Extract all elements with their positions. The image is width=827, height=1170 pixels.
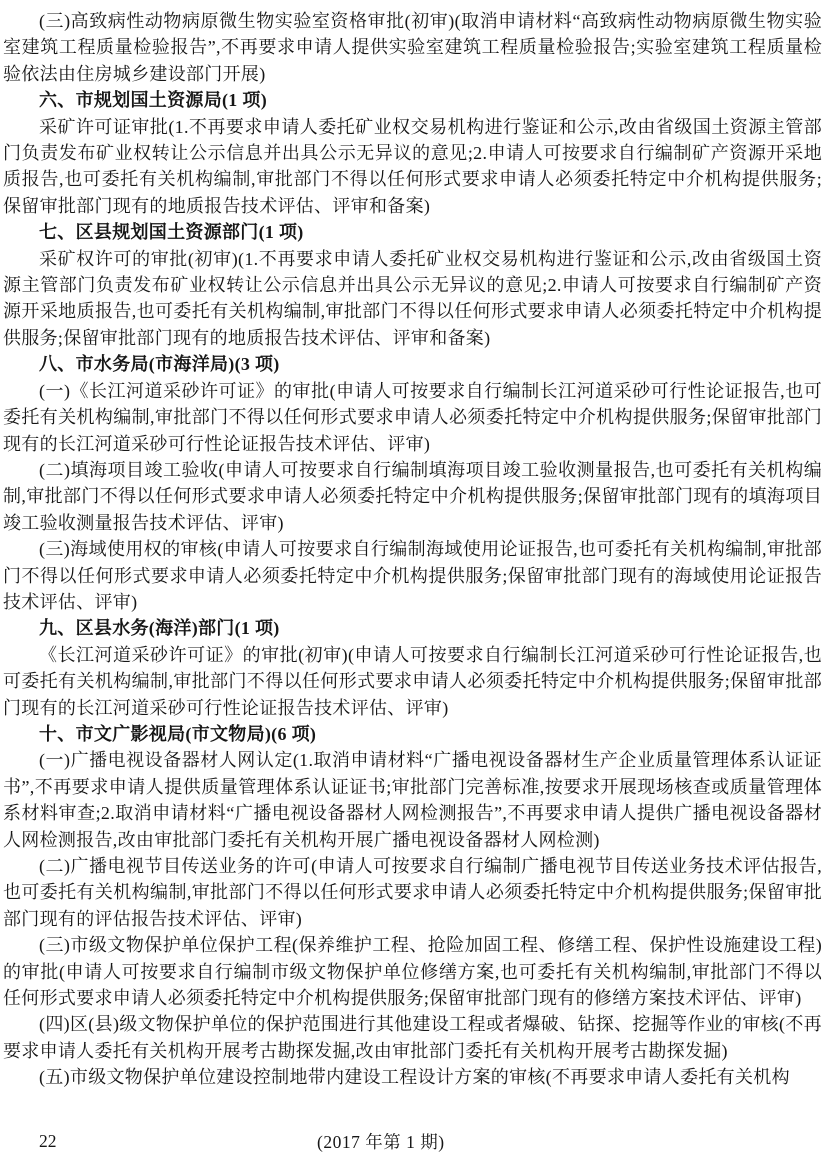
page-footer: 22 (2017 年第 1 期): [0, 1126, 827, 1156]
paragraph: (五)市级文物保护单位建设控制地带内建设工程设计方案的审核(不再要求申请人委托有…: [3, 1064, 822, 1090]
paragraph: (四)区(县)级文物保护单位的保护范围进行其他建设工程或者爆破、钻探、挖掘等作业…: [3, 1011, 822, 1064]
paragraph: 采矿许可证审批(1.不再要求申请人委托矿业权交易机构进行鉴证和公示,改由省级国土…: [3, 114, 822, 220]
paragraph: (三)海域使用权的审核(申请人可按要求自行编制海域使用论证报告,也可委托有关机构…: [3, 536, 822, 615]
paragraph: (二)填海项目竣工验收(申请人可按要求自行编制填海项目竣工验收测量报告,也可委托…: [3, 457, 822, 536]
paragraph: (三)市级文物保护单位保护工程(保养维护工程、抢险加固工程、修缮工程、保护性设施…: [3, 932, 822, 1011]
section-heading: 八、市水务局(市海洋局)(3 项): [3, 351, 822, 377]
section-heading: 九、区县水务(海洋)部门(1 项): [3, 615, 822, 641]
paragraph: (一)《长江河道采砂许可证》的审批(申请人可按要求自行编制长江河道采砂可行性论证…: [3, 378, 822, 457]
section-heading: 七、区县规划国土资源部门(1 项): [3, 219, 822, 245]
document-body: (三)高致病性动物病原微生物实验室资格审批(初审)(取消申请材料“高致病性动物病…: [3, 8, 822, 1091]
page-number: 22: [39, 1128, 57, 1154]
paragraph: (三)高致病性动物病原微生物实验室资格审批(初审)(取消申请材料“高致病性动物病…: [3, 8, 822, 87]
paragraph: (一)广播电视设备器材人网认定(1.取消申请材料“广播电视设备器材生产企业质量管…: [3, 747, 822, 853]
section-heading: 十、市文广影视局(市文物局)(6 项): [3, 721, 822, 747]
section-heading: 六、市规划国土资源局(1 项): [3, 87, 822, 113]
issue-label: (2017 年第 1 期): [317, 1129, 445, 1155]
paragraph: 采矿权许可的审批(初审)(1.不再要求申请人委托矿业权交易机构进行鉴证和公示,改…: [3, 246, 822, 352]
paragraph: 《长江河道采砂许可证》的审批(初审)(申请人可按要求自行编制长江河道采砂可行性论…: [3, 642, 822, 721]
paragraph: (二)广播电视节目传送业务的许可(申请人可按要求自行编制广播电视节目传送业务技术…: [3, 853, 822, 932]
